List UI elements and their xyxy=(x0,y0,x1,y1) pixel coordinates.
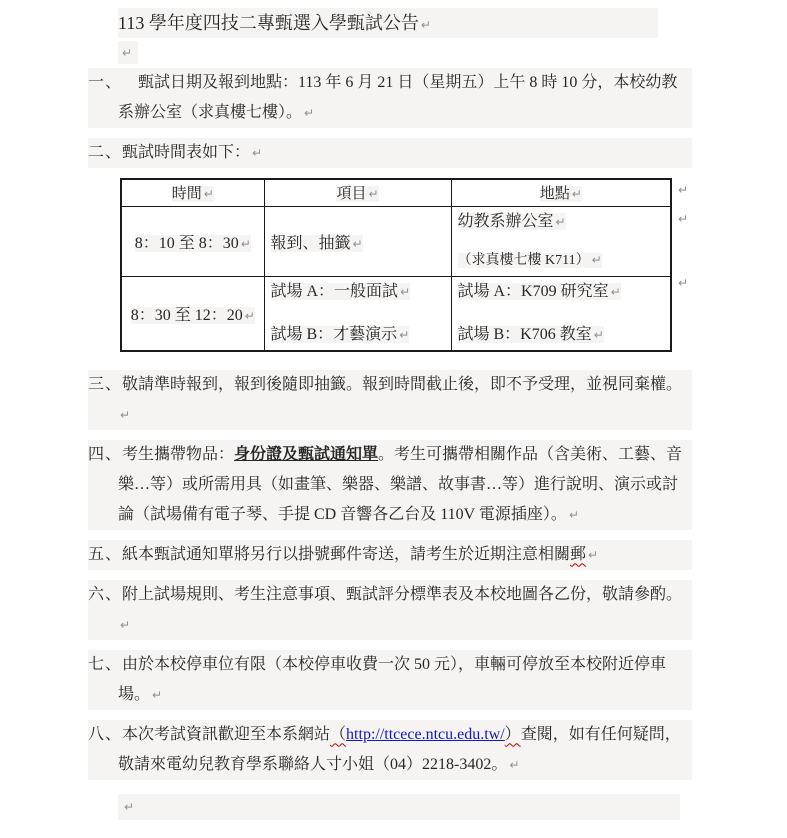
paragraph-mark-icon: ↵ xyxy=(353,237,363,251)
section-3-text: 敬請準時報到，報到後隨即抽籤。報到時間截止後，即不予受理，並視同棄權。 xyxy=(122,376,682,393)
section-3-number: 三、 xyxy=(88,376,122,393)
paragraph-mark-icon: ↵ xyxy=(592,253,602,267)
section-8: 八、本次考試資訊歡迎至本系網站（http://ttcece.ntcu.edu.t… xyxy=(88,720,692,780)
paragraph-mark-icon: ↵ xyxy=(399,328,409,342)
row-end-mark-icon: ↵ xyxy=(678,183,688,197)
cell-time-2: 8：30 至 12：20↵ xyxy=(121,276,264,351)
row-end-mark-icon: ↵ xyxy=(678,212,688,226)
section-6-number: 六、 xyxy=(88,586,122,603)
section-4: 四、考生攜帶物品：身份證及甄試通知單。考生可攜帶相關作品（含美術、工藝、音樂…等… xyxy=(88,440,692,530)
paragraph-mark-icon: ↵ xyxy=(556,215,566,229)
paragraph-mark-icon: ↵ xyxy=(204,187,214,201)
paragraph-mark-icon: ↵ xyxy=(509,758,519,772)
section-8-text-pre: 本次考試資訊歡迎至本系網站 xyxy=(122,726,330,743)
section-4-text-pre: 考生攜帶物品： xyxy=(122,446,234,463)
paragraph-mark-icon: ↵ xyxy=(594,328,604,342)
section-6: 六、附上試場規則、考生注意事項、甄試評分標準表及本校地圖各乙份，敬請參酌。↵ xyxy=(88,580,692,640)
paragraph-mark-icon: ↵ xyxy=(152,688,162,702)
section-2-text: 甄試時間表如下： xyxy=(122,144,250,161)
section-1-number: 一、 xyxy=(88,74,122,91)
table-row-checkin: 8：10 至 8：30↵ 報到、抽籤↵ 幼教系辦公室↵ （求真樓七樓 K711）… xyxy=(121,206,671,276)
paragraph-mark-icon: ↵ xyxy=(252,146,262,160)
document-page: 113 學年度四技二專甄選入學甄試公告↵ ↵ 一、甄試日期及報到地點：113 年… xyxy=(0,0,787,838)
cell-time-1: 8：10 至 8：30↵ xyxy=(121,206,264,276)
paragraph-mark-icon: ↵ xyxy=(588,548,598,562)
section-8-paren-open: （ xyxy=(330,726,346,743)
section-5-number: 五、 xyxy=(88,546,122,563)
section-5-spellcheck-word: 郵 xyxy=(570,546,586,563)
paragraph-mark-icon: ↵ xyxy=(122,46,132,60)
header-time: 時間↵ xyxy=(121,179,264,206)
paragraph-mark-icon: ↵ xyxy=(241,237,251,251)
section-3: 三、敬請準時報到，報到後隨即抽籤。報到時間截止後，即不予受理，並視同棄權。↵ xyxy=(88,370,692,430)
table-row-exam: 8：30 至 12：20↵ 試場 A：一般面試↵ 試場 B：才藝演示↵ 試場 A… xyxy=(121,276,671,351)
section-2: 二、甄試時間表如下：↵ xyxy=(88,138,692,168)
section-1-text: 甄試日期及報到地點：113 年 6 月 21 日（星期五）上午 8 時 10 分… xyxy=(118,74,677,121)
header-item: 項目↵ xyxy=(264,179,451,206)
section-1: 一、甄試日期及報到地點：113 年 6 月 21 日（星期五）上午 8 時 10… xyxy=(88,68,692,128)
paragraph-mark-icon: ↵ xyxy=(368,187,378,201)
paragraph-mark-icon: ↵ xyxy=(611,285,621,299)
paragraph-mark-icon: ↵ xyxy=(120,408,130,422)
cell-place-1: 幼教系辦公室↵ （求真樓七樓 K711）↵ xyxy=(451,206,671,276)
paragraph-mark-icon: ↵ xyxy=(120,618,130,632)
section-4-number: 四、 xyxy=(88,446,122,463)
cell-place-2: 試場 A：K709 研究室↵ 試場 B：K706 教室↵ xyxy=(451,276,671,351)
empty-paragraph-bottom: ↵ xyxy=(118,794,680,820)
section-7: 七、由於本校停車位有限（本校停車收費一次 50 元），車輛可停放至本校附近停車場… xyxy=(88,650,692,710)
schedule-table: 時間↵ 項目↵ 地點↵ 8：10 至 8：30↵ 報到、抽籤↵ 幼教系辦公室↵ … xyxy=(120,178,672,352)
schedule-table-wrap: 時間↵ 項目↵ 地點↵ 8：10 至 8：30↵ 報到、抽籤↵ 幼教系辦公室↵ … xyxy=(120,178,670,352)
paragraph-mark-icon: ↵ xyxy=(421,18,431,32)
empty-paragraph: ↵ xyxy=(118,38,692,68)
section-5-text: 紙本甄試通知單將另行以掛號郵件寄送，請考生於近期注意相關 xyxy=(122,546,570,563)
row-end-mark-icon: ↵ xyxy=(678,276,688,290)
website-link[interactable]: http://ttcece.ntcu.edu.tw/ xyxy=(346,726,505,743)
section-8-paren-close: ） xyxy=(505,726,521,743)
paragraph-mark-icon: ↵ xyxy=(124,800,134,814)
cell-item-1: 報到、抽籤↵ xyxy=(264,206,451,276)
paragraph-mark-icon: ↵ xyxy=(400,285,410,299)
paragraph-mark-icon: ↵ xyxy=(304,106,314,120)
paragraph-mark-icon: ↵ xyxy=(245,309,255,323)
section-5: 五、紙本甄試通知單將另行以掛號郵件寄送，請考生於近期注意相關郵↵ xyxy=(88,540,692,570)
document-title-line: 113 學年度四技二專甄選入學甄試公告↵ xyxy=(118,8,658,38)
section-7-text: 由於本校停車位有限（本校停車收費一次 50 元），車輛可停放至本校附近停車場。 xyxy=(118,656,666,703)
section-2-number: 二、 xyxy=(88,144,122,161)
section-8-number: 八、 xyxy=(88,726,122,743)
cell-item-2: 試場 A：一般面試↵ 試場 B：才藝演示↵ xyxy=(264,276,451,351)
section-4-bold-underline: 身份證及甄試通知單 xyxy=(234,446,378,463)
header-place: 地點↵ xyxy=(451,179,671,206)
document-title: 113 學年度四技二專甄選入學甄試公告 xyxy=(118,13,419,33)
section-6-text: 附上試場規則、考生注意事項、甄試評分標準表及本校地圖各乙份，敬請參酌。 xyxy=(122,586,682,603)
paragraph-mark-icon: ↵ xyxy=(569,508,579,522)
table-header-row: 時間↵ 項目↵ 地點↵ xyxy=(121,179,671,206)
section-7-number: 七、 xyxy=(88,656,122,673)
paragraph-mark-icon: ↵ xyxy=(572,187,582,201)
